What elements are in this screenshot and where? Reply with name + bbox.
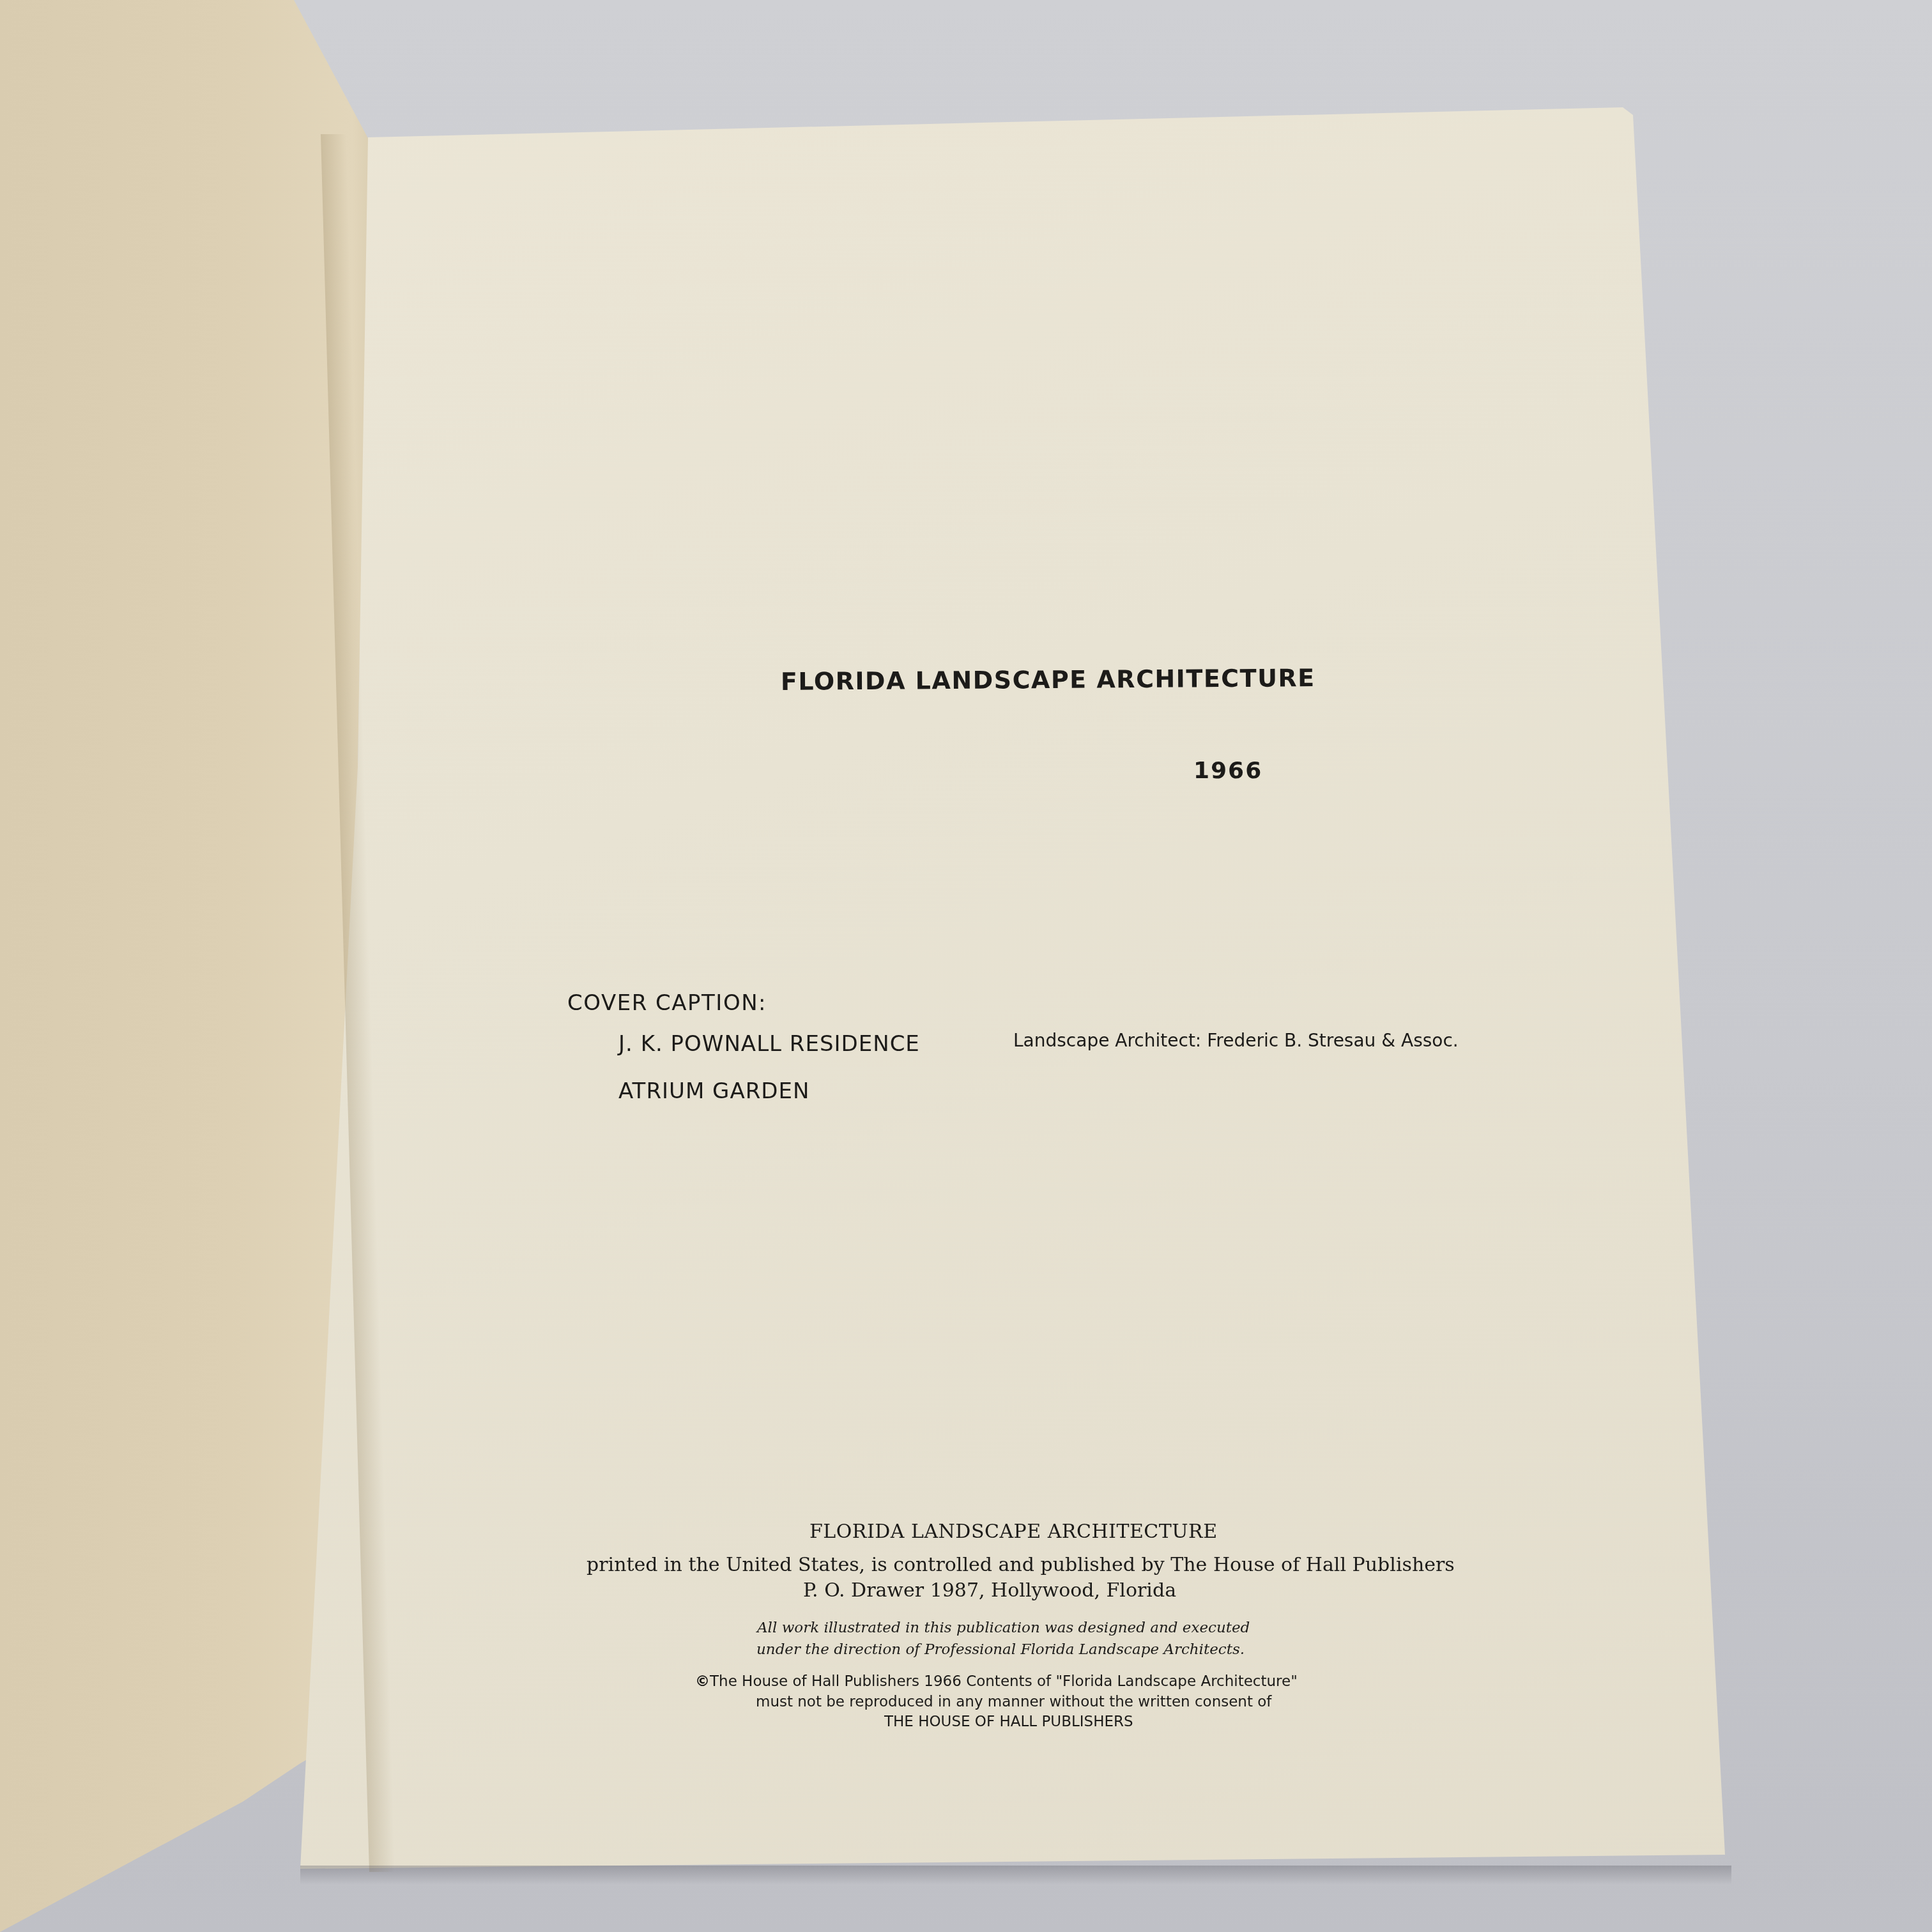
publisher-block-title: FLORIDA LANDSCAPE ARCHITECTURE: [809, 1521, 1218, 1543]
publisher-statement: printed in the United States, is control…: [586, 1554, 1455, 1576]
copyright-line2: must not be reproduced in any manner wit…: [756, 1694, 1271, 1710]
page-edge-shadow: [300, 1866, 1731, 1885]
caption-residence: J. K. POWNALL RESIDENCE: [618, 1031, 920, 1057]
publisher-address: P. O. Drawer 1987, Hollywood, Florida: [803, 1579, 1176, 1602]
work-notice-line2: under the direction of Professional Flor…: [756, 1641, 1245, 1658]
caption-garden: ATRIUM GARDEN: [618, 1078, 809, 1104]
copyright-line1: ©The House of Hall Publishers 1966 Conte…: [695, 1673, 1298, 1690]
landscape-architect-credit: Landscape Architect: Frederic B. Stresau…: [1013, 1030, 1459, 1051]
document-title: FLORIDA LANDSCAPE ARCHITECTURE: [781, 664, 1315, 696]
work-notice-line1: All work illustrated in this publication…: [757, 1620, 1250, 1636]
cover-caption-label: COVER CAPTION:: [567, 990, 767, 1016]
copyright-icon: ©: [695, 1673, 710, 1690]
publication-year: 1966: [1193, 758, 1262, 784]
copyright-line3: THE HOUSE OF HALL PUBLISHERS: [884, 1713, 1133, 1730]
copyright-text: The House of Hall Publishers 1966 Conten…: [710, 1673, 1298, 1690]
